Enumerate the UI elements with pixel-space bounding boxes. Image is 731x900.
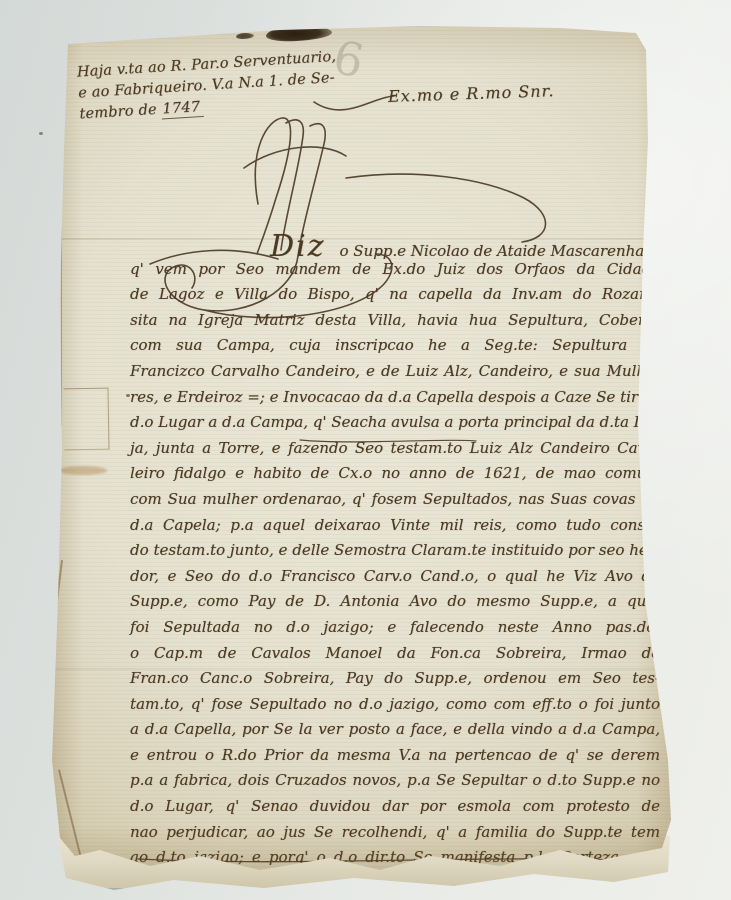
flourish-long-sweep [346,174,546,242]
body-line: com Sua mulher ordenarao, q' fosem Sepul… [130,490,660,516]
body-line: res, e Erdeiroz =; e Invocacao da d.a Ca… [130,388,660,414]
body-line: d.a Capela; p.a aquel deixarao Vinte mil… [130,516,660,542]
rust-stain [59,466,107,475]
body-line: d.o Lugar a d.a Campa, q' Seacha avulsa … [130,413,660,439]
body-line: Supp.e, como Pay de D. Antonia Avo do me… [130,592,660,618]
petition-body-text: Dizo Supp.e Nicolao de Ataide Mascarenha… [130,234,660,874]
body-line: e entrou o R.do Prior da mesma V.a na pe… [130,746,660,772]
body-line: dor, e Seo do d.o Francisco Carv.o Cand.… [130,567,660,593]
marginalia-annotation: Haja v.ta ao R. Par.o Serventuario, e ao… [76,46,359,126]
body-line: tam.to, q' fose Sepultado no d.o jazigo,… [130,695,660,721]
body-line: nao perjudicar, ao jus Se recolhendi, q'… [130,823,660,849]
flourish-cross-stroke [244,147,346,168]
body-lines: q' vem por Seo mandem de Ex.do Juiz dos … [130,260,660,874]
left-edge-fold-line [61,126,62,426]
body-line: d.o Lugar, q' Senao duvidou dar por esmo… [130,797,660,823]
background-speck [39,132,43,135]
body-line: q' vem por Seo mandem de Ex.do Juiz dos … [130,260,660,286]
body-line: foi Sepultada no d.o jazigo; e falecendo… [130,618,660,644]
body-opening-line: Dizo Supp.e Nicolao de Ataide Mascarenha… [130,234,660,260]
body-line: com sua Campa, cuja inscripcao he a Seg.… [130,336,660,362]
left-edge-crease-line [41,560,62,721]
marginalia-date-prefix: tembro de [79,102,162,123]
manuscript-page: 6 Haja v.ta ao R. Par.o Serventuario, e … [52,26,674,876]
body-line: a d.a Capella, por Se la ver posto a fac… [130,720,660,746]
body-line: sita na Igreja Matriz desta Villa, havia… [130,311,660,337]
body-line: leiro fidalgo e habito de Cx.o no anno d… [130,464,660,490]
body-line: de Lagoz e Villa do Bispo, q' na capella… [130,285,660,311]
body-line: Francizco Carvalho Candeiro, e de Luiz A… [130,362,660,388]
opening-word: Diz [270,229,325,264]
bleedthrough-bracket-mark [63,388,109,451]
body-line: o Cap.m de Cavalos Manoel da Fon.ca Sobr… [130,644,660,670]
body-line: ja, junta a Torre, e fazendo Seo testam.… [130,439,660,465]
photo-of-manuscript: 6 Haja v.ta ao R. Par.o Serventuario, e … [0,0,731,900]
marginalia-year-underlined: 1747 [161,99,204,120]
body-line: do testam.to junto, e delle Semostra Cla… [130,541,660,567]
salutation: Ex.mo e R.mo Snr. [388,81,555,106]
body-line: p.a a fabrica, dois Cruzados novos, p.a … [130,771,660,797]
ink-blot-small [236,33,254,40]
opening-line-rest: o Supp.e Nicolao de Ataide Mascarenhas [339,242,651,260]
body-line: Fran.co Canc.o Sobreira, Pay do Supp.e, … [130,669,660,695]
ink-blot-top-edge [266,25,332,42]
